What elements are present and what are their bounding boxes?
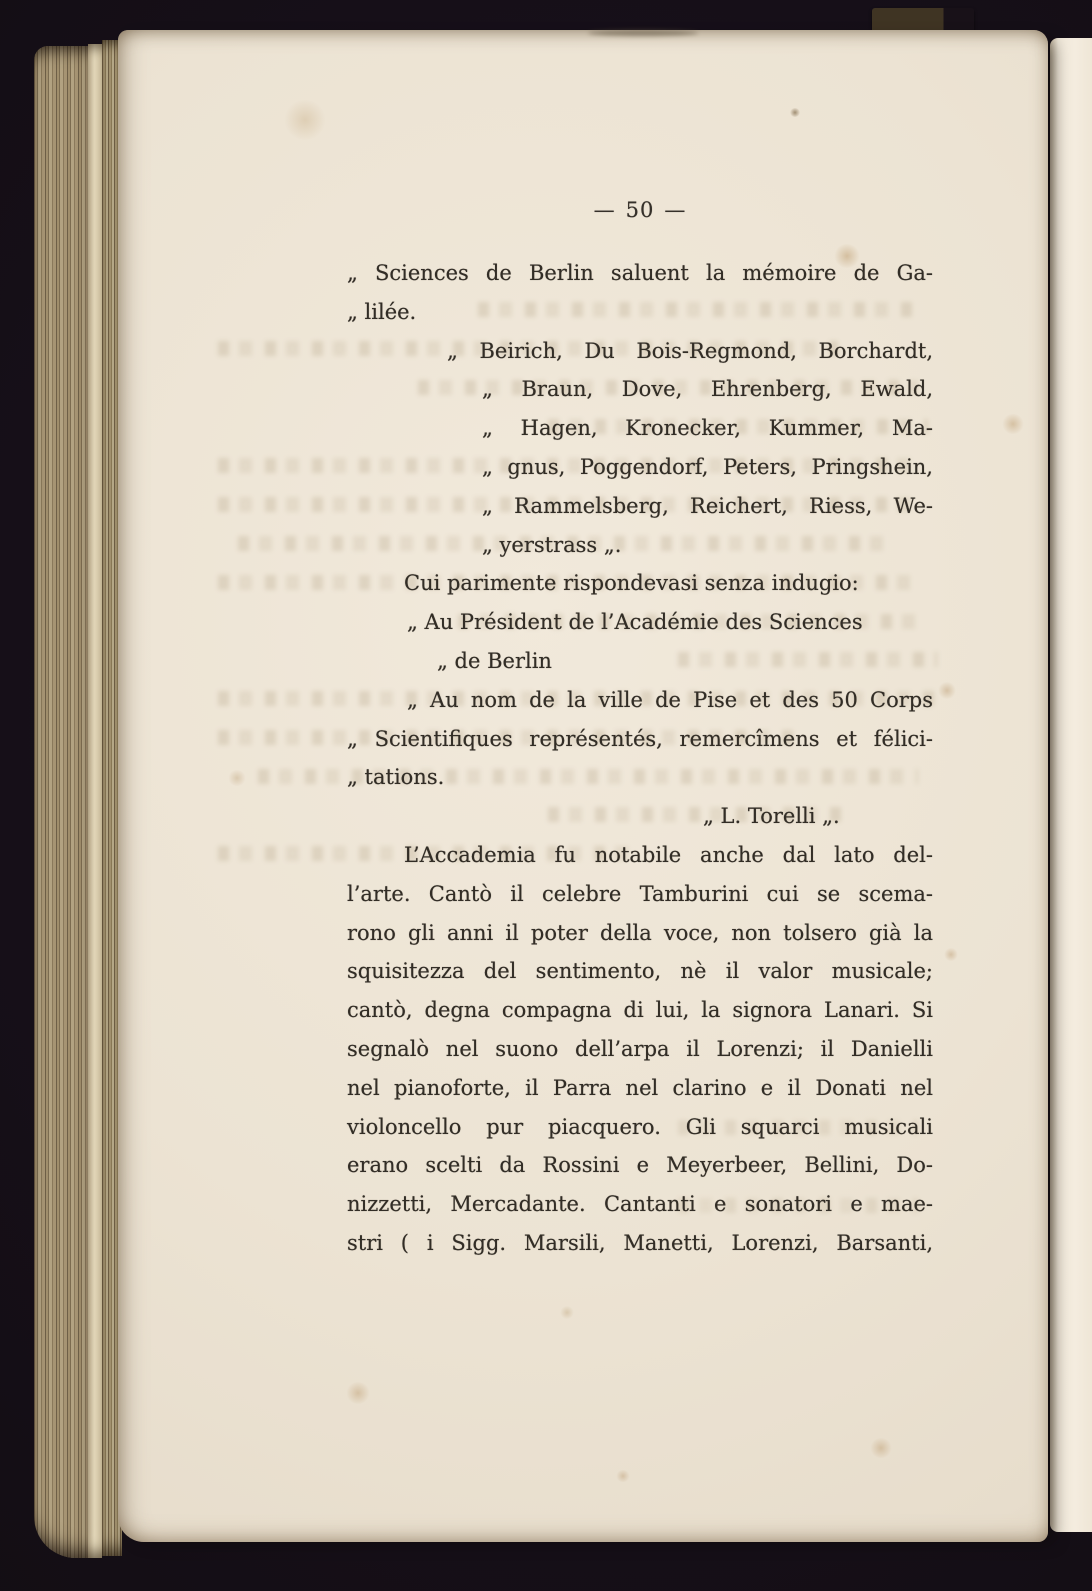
right-page-sliver (1050, 38, 1092, 1532)
text-line: squisitezza del sentimento, nè il valor … (347, 952, 933, 991)
stain (938, 682, 956, 699)
book-photo: —50— „ Sciences de Berlin saluent la mém… (0, 0, 1092, 1591)
book-page: —50— „ Sciences de Berlin saluent la mém… (118, 30, 1048, 1542)
header-dash-right: — (664, 198, 686, 222)
text-line: „ Sciences de Berlin saluent la mémoire … (347, 254, 933, 293)
stain (790, 108, 800, 117)
text-line: nizzetti, Mercadante. Cantanti e sonator… (347, 1185, 933, 1224)
text-line: cantò, degna compagna di lui, la signora… (347, 991, 933, 1030)
stain (283, 100, 327, 140)
text-line: „ Hagen, Kronecker, Kummer, Ma- (347, 409, 933, 448)
stain (346, 1382, 370, 1404)
page-header: —50— (347, 198, 933, 222)
text-line: „ L. Torelli „. (347, 797, 933, 836)
text-line: l’arte. Cantò il celebre Tamburini cui s… (347, 875, 933, 914)
text-line: violoncello pur piacquero. Gli squarci m… (347, 1108, 933, 1147)
header-dash-left: — (594, 198, 616, 222)
text-line: „ Braun, Dove, Ehrenberg, Ewald, (347, 370, 933, 409)
text-line: „ Rammelsberg, Reichert, Riess, We- (347, 487, 933, 526)
text-line: „ yerstrass „. (347, 526, 933, 565)
page-text: „ Sciences de Berlin saluent la mémoire … (347, 254, 933, 1263)
stain (1002, 414, 1024, 434)
text-line: „ Scientifiques représentés, remercîmens… (347, 720, 933, 759)
text-line: „ gnus, Poggendorf, Peters, Pringshein, (347, 448, 933, 487)
stain (944, 948, 958, 961)
text-line: „ de Berlin (347, 642, 933, 681)
text-line: Cui parimente rispondevasi senza indugio… (347, 564, 933, 603)
page-stack-edges (34, 46, 88, 1558)
edge-smudge (588, 30, 698, 36)
text-line: stri ( i Sigg. Marsili, Manetti, Lorenzi… (347, 1224, 933, 1263)
text-line: „ Au Président de l’Académie des Science… (347, 603, 933, 642)
page-number: 50 (616, 198, 665, 222)
text-line: „ Au nom de la ville de Pise et des 50 C… (347, 681, 933, 720)
stain (616, 1470, 630, 1482)
text-line: erano scelti da Rossini e Meyerbeer, Bel… (347, 1146, 933, 1185)
text-line: segnalò nel suono dell’arpa il Lorenzi; … (347, 1030, 933, 1069)
stain (870, 1438, 892, 1458)
text-line: „ lilée. (347, 293, 933, 332)
text-line: nel pianoforte, il Parra nel clarino e i… (347, 1069, 933, 1108)
stain (560, 1306, 574, 1319)
under-page-strip (88, 44, 102, 1558)
text-line: „ Beirich, Du Bois-Regmond, Borchardt, (347, 332, 933, 371)
text-line: „ tations. (347, 758, 933, 797)
stain (228, 770, 246, 786)
text-line: rono gli anni il poter della voce, non t… (347, 914, 933, 953)
text-line: L’Accademia fu notabile anche dal lato d… (347, 836, 933, 875)
